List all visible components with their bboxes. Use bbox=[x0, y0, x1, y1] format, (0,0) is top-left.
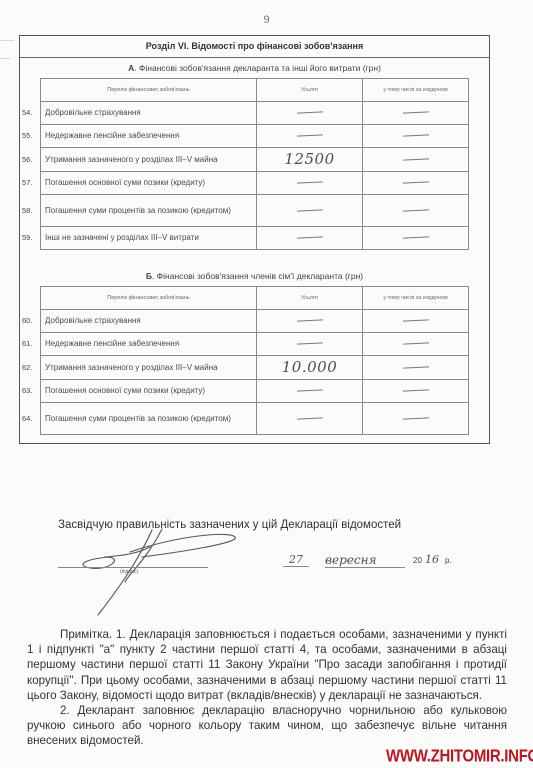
table-row: 59.Інші не зазначені у розділах III–V ви… bbox=[41, 227, 469, 250]
column-header-abroad: у тому числі за кордоном bbox=[363, 287, 469, 310]
obligation-label-cell: 60.Добровільне страхування bbox=[41, 310, 257, 333]
empty-dash-mark bbox=[402, 390, 428, 392]
row-number: 60. bbox=[22, 316, 32, 326]
date-day: 27 bbox=[283, 553, 309, 567]
abroad-cell bbox=[363, 148, 469, 172]
date-suffix: р. bbox=[445, 556, 452, 565]
obligation-label: Утримання зазначеного у розділах III–V м… bbox=[45, 363, 218, 372]
empty-dash-mark bbox=[402, 237, 428, 239]
empty-dash-mark bbox=[296, 390, 322, 392]
table-row: 61.Недержавне пенсійне забезпечення bbox=[41, 333, 469, 356]
scan-artifact bbox=[0, 40, 14, 41]
empty-dash-mark bbox=[402, 209, 428, 211]
abroad-cell bbox=[363, 380, 469, 403]
obligation-label: Погашення суми процентів за позикою (кре… bbox=[45, 414, 231, 423]
total-cell: 10.000 bbox=[257, 356, 363, 380]
abroad-cell bbox=[363, 227, 469, 250]
abroad-cell bbox=[363, 333, 469, 356]
abroad-cell bbox=[363, 310, 469, 333]
part-b-title: Б. Фінансові зобов'язання членів сім'ї д… bbox=[20, 271, 489, 281]
row-number: 54. bbox=[22, 108, 32, 118]
total-cell bbox=[257, 195, 363, 227]
total-cell bbox=[257, 333, 363, 356]
obligation-label-cell: 56.Утримання зазначеного у розділах III–… bbox=[41, 148, 257, 172]
total-cell bbox=[257, 172, 363, 195]
obligation-label: Недержавне пенсійне забезпечення bbox=[45, 131, 179, 140]
table-row: 54.Добровільне страхування bbox=[41, 102, 469, 125]
part-b-table: Перелік фінансових зобов'язань Усього у … bbox=[40, 286, 469, 435]
abroad-cell bbox=[363, 125, 469, 148]
obligation-label-cell: 58.Погашення суми процентів за позикою (… bbox=[41, 195, 257, 227]
table-row: 57.Погашення основної суми позики (креди… bbox=[41, 172, 469, 195]
obligation-label-cell: 61.Недержавне пенсійне забезпечення bbox=[41, 333, 257, 356]
table-header-row: Перелік фінансових зобов'язань Усього у … bbox=[41, 287, 469, 310]
column-header-total: Усього bbox=[257, 79, 363, 102]
section-title: Розділ VI. Відомості про фінансові зобов… bbox=[20, 36, 489, 58]
empty-dash-mark bbox=[296, 237, 322, 239]
obligation-label: Добровільне страхування bbox=[45, 316, 141, 325]
obligation-label-cell: 57.Погашення основної суми позики (креди… bbox=[41, 172, 257, 195]
table-row: 63.Погашення основної суми позики (креди… bbox=[41, 380, 469, 403]
empty-dash-mark bbox=[402, 343, 428, 345]
total-cell: 12500 bbox=[257, 148, 363, 172]
row-number: 58. bbox=[22, 206, 32, 216]
total-cell bbox=[257, 380, 363, 403]
row-number: 61. bbox=[22, 339, 32, 349]
empty-dash-mark bbox=[402, 158, 428, 160]
scan-artifact bbox=[0, 58, 10, 59]
abroad-cell bbox=[363, 102, 469, 125]
obligation-label: Інші не зазначені у розділах III–V витра… bbox=[45, 233, 199, 242]
obligation-label-cell: 54.Добровільне страхування bbox=[41, 102, 257, 125]
total-cell bbox=[257, 403, 363, 435]
obligation-label-cell: 62.Утримання зазначеного у розділах III–… bbox=[41, 356, 257, 380]
date-year-prefix: 20 bbox=[413, 556, 422, 565]
handwritten-value: 10.000 bbox=[282, 358, 338, 376]
empty-dash-mark bbox=[402, 366, 428, 368]
empty-dash-mark bbox=[402, 417, 428, 419]
row-number: 55. bbox=[22, 131, 32, 141]
total-cell bbox=[257, 227, 363, 250]
column-header-abroad: у тому числі за кордоном bbox=[363, 79, 469, 102]
table-row: 55.Недержавне пенсійне забезпечення bbox=[41, 125, 469, 148]
watermark-logo: WWW.ZHITOMIR.INFO bbox=[386, 747, 533, 767]
abroad-cell bbox=[363, 403, 469, 435]
obligation-label: Погашення основної суми позики (кредиту) bbox=[45, 386, 205, 395]
table-row: 60.Добровільне страхування bbox=[41, 310, 469, 333]
part-a-table: Перелік фінансових зобов'язань Усього у … bbox=[40, 78, 469, 250]
empty-dash-mark bbox=[296, 417, 322, 419]
note-2: 2. Декларант заповнює декларацію власнор… bbox=[27, 703, 507, 749]
obligation-label: Недержавне пенсійне забезпечення bbox=[45, 339, 179, 348]
row-number: 57. bbox=[22, 178, 32, 188]
date-year: 16 bbox=[425, 553, 439, 566]
date-month: вересня bbox=[325, 553, 405, 568]
table-header-row: Перелік фінансових зобов'язань Усього у … bbox=[41, 79, 469, 102]
row-number: 63. bbox=[22, 386, 32, 396]
obligation-label-cell: 63.Погашення основної суми позики (креди… bbox=[41, 380, 257, 403]
part-a-title: А. Фінансові зобов'язання декларанта та … bbox=[20, 63, 489, 73]
empty-dash-mark bbox=[296, 135, 322, 137]
notes-block: Примітка. 1. Декларація заповнюється і п… bbox=[27, 627, 507, 749]
empty-dash-mark bbox=[296, 209, 322, 211]
signature-icon bbox=[70, 527, 255, 617]
table-row: 62.Утримання зазначеного у розділах III–… bbox=[41, 356, 469, 380]
empty-dash-mark bbox=[402, 135, 428, 137]
row-number: 59. bbox=[22, 233, 32, 243]
obligation-label-cell: 55.Недержавне пенсійне забезпечення bbox=[41, 125, 257, 148]
table-row: 58.Погашення суми процентів за позикою (… bbox=[41, 195, 469, 227]
empty-dash-mark bbox=[402, 320, 428, 322]
column-header-total: Усього bbox=[257, 287, 363, 310]
handwritten-value: 12500 bbox=[284, 150, 334, 168]
signature-label: (підпис) bbox=[120, 569, 138, 575]
obligation-label: Погашення суми процентів за позикою (кре… bbox=[45, 206, 231, 215]
obligation-label: Утримання зазначеного у розділах III–V м… bbox=[45, 155, 218, 164]
obligation-label-cell: 59.Інші не зазначені у розділах III–V ви… bbox=[41, 227, 257, 250]
empty-dash-mark bbox=[296, 343, 322, 345]
column-header-item: Перелік фінансових зобов'язань bbox=[41, 287, 257, 310]
total-cell bbox=[257, 125, 363, 148]
empty-dash-mark bbox=[296, 182, 322, 184]
row-number: 64. bbox=[22, 414, 32, 424]
total-cell bbox=[257, 310, 363, 333]
empty-dash-mark bbox=[296, 112, 322, 114]
row-number: 56. bbox=[22, 155, 32, 165]
page-number: 9 bbox=[0, 14, 533, 26]
financial-obligations-section: Розділ VI. Відомості про фінансові зобов… bbox=[19, 35, 490, 444]
table-row: 64.Погашення суми процентів за позикою (… bbox=[41, 403, 469, 435]
abroad-cell bbox=[363, 356, 469, 380]
total-cell bbox=[257, 102, 363, 125]
abroad-cell bbox=[363, 172, 469, 195]
empty-dash-mark bbox=[296, 320, 322, 322]
obligation-label-cell: 64.Погашення суми процентів за позикою (… bbox=[41, 403, 257, 435]
table-row: 56.Утримання зазначеного у розділах III–… bbox=[41, 148, 469, 172]
empty-dash-mark bbox=[402, 112, 428, 114]
column-header-item: Перелік фінансових зобов'язань bbox=[41, 79, 257, 102]
row-number: 62. bbox=[22, 363, 32, 373]
abroad-cell bbox=[363, 195, 469, 227]
note-1: Примітка. 1. Декларація заповнюється і п… bbox=[27, 627, 507, 703]
empty-dash-mark bbox=[402, 182, 428, 184]
obligation-label: Добровільне страхування bbox=[45, 108, 141, 117]
signature-line bbox=[58, 567, 208, 568]
obligation-label: Погашення основної суми позики (кредиту) bbox=[45, 178, 205, 187]
